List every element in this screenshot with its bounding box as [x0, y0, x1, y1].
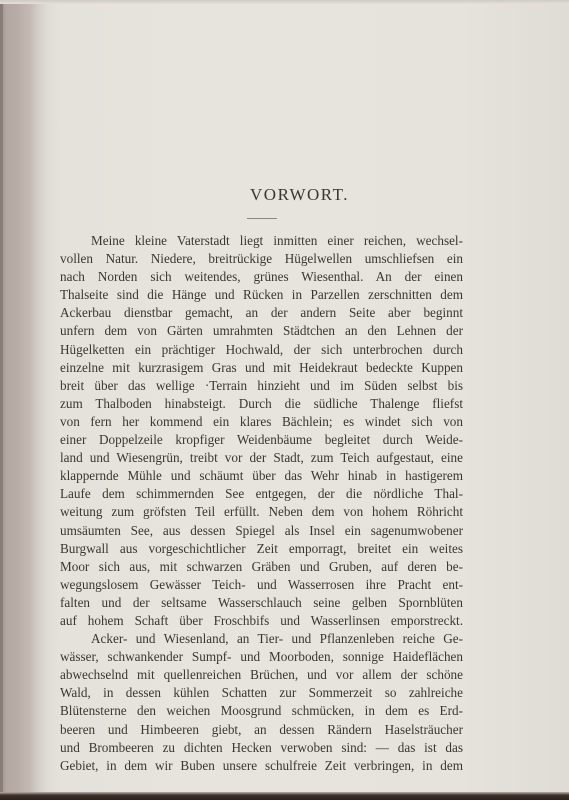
text-line: Acker- und Wiesenland, an Tier- und Pfla…: [60, 630, 463, 648]
text-line: wässer, schwankender Sumpf- und Moorbode…: [60, 648, 463, 666]
page-title: VORWORT.: [0, 185, 569, 205]
title-divider: [247, 218, 277, 219]
text-line: Laufe dem schimmernden See entgegen, der…: [60, 485, 463, 503]
paragraph-2: Acker- und Wiesenland, an Tier- und Pfla…: [60, 630, 463, 775]
text-line: beeren und Himbeeren giebt, an dessen Rä…: [60, 721, 463, 739]
text-line: Gebiet, in dem wir Buben unsere schulfre…: [60, 757, 463, 775]
text-line: wegungslosem Gewässer Teich- und Wasserr…: [60, 576, 463, 594]
text-line: Wald, in dessen kühlen Schatten zur Somm…: [60, 684, 463, 702]
text-line: klappernde Mühle und schäumt über das We…: [60, 467, 463, 485]
text-line: abwechselnd mit quellenreichen Brüchen, …: [60, 666, 463, 684]
text-line: Burgwall aus vorgeschichtlicher Zeit emp…: [60, 540, 463, 558]
text-line: unfern dem von Gärten umrahmten Städtche…: [60, 322, 463, 340]
text-line: falten und der seltsame Wasserschlauch s…: [60, 594, 463, 612]
text-line: Hügelketten ein prächtiger Hochwald, der…: [60, 341, 463, 359]
book-page: VORWORT. Meine kleine Vaterstadt liegt i…: [0, 0, 569, 796]
text-line: einzelne mit kurzrasigem Gras und mit He…: [60, 359, 463, 377]
text-line: zum Thalboden hinabsteigt. Durch die süd…: [60, 395, 463, 413]
text-line: Blütensterne den weichen Moosgrund schmü…: [60, 702, 463, 720]
text-line: nach Norden sich weitendes, grünes Wiese…: [60, 268, 463, 286]
paragraph-1: Meine kleine Vaterstadt liegt inmitten e…: [60, 232, 463, 630]
text-line: Thalseite sind die Hänge und Rücken in P…: [60, 286, 463, 304]
body-text: Meine kleine Vaterstadt liegt inmitten e…: [60, 232, 463, 775]
text-line: breit über das wellige ·Terrain hinzieht…: [60, 377, 463, 395]
text-line: weitung zum gröfsten Teil erfüllt. Neben…: [60, 503, 463, 521]
page-bottom-edge: [0, 792, 569, 800]
text-line: einer Doppelzeile kropfiger Weidenbäume …: [60, 431, 463, 449]
text-line: Meine kleine Vaterstadt liegt inmitten e…: [60, 232, 463, 250]
text-line: Ackerbau dienstbar gemacht, an der ander…: [60, 304, 463, 322]
text-line: auf hohem Schaft über Froschbifs und Was…: [60, 612, 463, 630]
page-top-edge: [0, 0, 569, 4]
text-line: vollen Natur. Niedere, breitrückige Hüge…: [60, 250, 463, 268]
text-line: land und Wiesengrün, treibt vor der Stad…: [60, 449, 463, 467]
text-line: und Brombeeren zu dichten Hecken verwobe…: [60, 739, 463, 757]
text-line: von fern her kommend ein klares Bächlein…: [60, 413, 463, 431]
text-line: Moor sich aus, mit schwarzen Gräben und …: [60, 558, 463, 576]
text-line: umsäumten See, aus dessen Spiegel als In…: [60, 522, 463, 540]
